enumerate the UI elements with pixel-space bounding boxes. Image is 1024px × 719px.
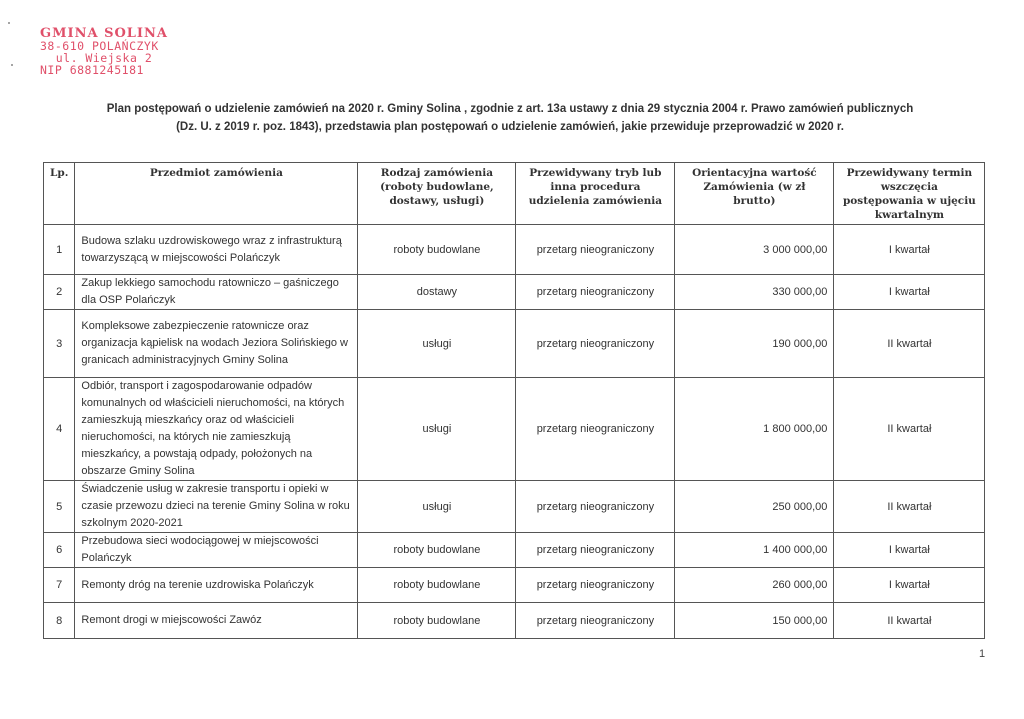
row-value: 1 400 000,00 bbox=[675, 533, 834, 568]
row-mode: przetarg nieograniczony bbox=[516, 481, 675, 533]
document-title: Plan postępowań o udzielenie zamówień na… bbox=[60, 100, 960, 136]
header-value: Orientacyjna wartość Zamówienia (w zł br… bbox=[675, 163, 834, 225]
row-mode: przetarg nieograniczony bbox=[516, 378, 675, 481]
page-number: 1 bbox=[979, 648, 985, 660]
table-row: 6Przebudowa sieci wodociągowej w miejsco… bbox=[44, 533, 985, 568]
scan-speck bbox=[8, 22, 10, 24]
table-row: 3Kompleksowe zabezpieczenie ratownicze o… bbox=[44, 310, 985, 378]
row-term: I kwartał bbox=[834, 225, 985, 275]
row-term: I kwartał bbox=[834, 533, 985, 568]
row-subject: Świadczenie usług w zakresie transportu … bbox=[75, 481, 358, 533]
table-header-row: Lp. Przedmiot zamówienia Rodzaj zamówien… bbox=[44, 163, 985, 225]
row-subject: Kompleksowe zabezpieczenie ratownicze or… bbox=[75, 310, 358, 378]
row-value: 1 800 000,00 bbox=[675, 378, 834, 481]
row-lp: 1 bbox=[44, 225, 75, 275]
row-term: I kwartał bbox=[834, 568, 985, 603]
row-term: II kwartał bbox=[834, 603, 985, 639]
header-mode: Przewidywany tryb lub inna procedura udz… bbox=[516, 163, 675, 225]
row-subject: Zakup lekkiego samochodu ratowniczo – ga… bbox=[75, 275, 358, 310]
header-term: Przewidywany termin wszczęcia postępowan… bbox=[834, 163, 985, 225]
row-subject: Remonty dróg na terenie uzdrowiska Polań… bbox=[75, 568, 358, 603]
row-value: 330 000,00 bbox=[675, 275, 834, 310]
row-subject: Budowa szlaku uzdrowiskowego wraz z infr… bbox=[75, 225, 358, 275]
row-mode: przetarg nieograniczony bbox=[516, 568, 675, 603]
row-lp: 4 bbox=[44, 378, 75, 481]
row-lp: 6 bbox=[44, 533, 75, 568]
row-term: II kwartał bbox=[834, 481, 985, 533]
table-row: 1Budowa szlaku uzdrowiskowego wraz z inf… bbox=[44, 225, 985, 275]
title-line-2: (Dz. U. z 2019 r. poz. 1843), przedstawi… bbox=[60, 118, 960, 136]
row-mode: przetarg nieograniczony bbox=[516, 603, 675, 639]
title-line-1: Plan postępowań o udzielenie zamówień na… bbox=[60, 100, 960, 118]
row-subject: Remont drogi w miejscowości Zawóz bbox=[75, 603, 358, 639]
row-lp: 8 bbox=[44, 603, 75, 639]
row-lp: 3 bbox=[44, 310, 75, 378]
row-term: II kwartał bbox=[834, 378, 985, 481]
row-type: roboty budowlane bbox=[358, 225, 516, 275]
row-mode: przetarg nieograniczony bbox=[516, 310, 675, 378]
row-value: 3 000 000,00 bbox=[675, 225, 834, 275]
row-type: roboty budowlane bbox=[358, 533, 516, 568]
row-type: usługi bbox=[358, 481, 516, 533]
row-type: usługi bbox=[358, 378, 516, 481]
row-mode: przetarg nieograniczony bbox=[516, 275, 675, 310]
header-type: Rodzaj zamówienia (roboty budowlane, dos… bbox=[358, 163, 516, 225]
municipality-stamp: GMINA SOLINA 38-610 POLAŃCZYK ul. Wiejsk… bbox=[40, 28, 168, 76]
row-type: roboty budowlane bbox=[358, 568, 516, 603]
row-mode: przetarg nieograniczony bbox=[516, 533, 675, 568]
table-row: 7Remonty dróg na terenie uzdrowiska Pola… bbox=[44, 568, 985, 603]
row-term: I kwartał bbox=[834, 275, 985, 310]
table-row: 8Remont drogi w miejscowości Zawózroboty… bbox=[44, 603, 985, 639]
row-value: 190 000,00 bbox=[675, 310, 834, 378]
header-lp: Lp. bbox=[44, 163, 75, 225]
row-value: 150 000,00 bbox=[675, 603, 834, 639]
row-type: roboty budowlane bbox=[358, 603, 516, 639]
row-lp: 2 bbox=[44, 275, 75, 310]
row-subject: Przebudowa sieci wodociągowej w miejscow… bbox=[75, 533, 358, 568]
row-mode: przetarg nieograniczony bbox=[516, 225, 675, 275]
row-lp: 5 bbox=[44, 481, 75, 533]
table-row: 4Odbiór, transport i zagospodarowanie od… bbox=[44, 378, 985, 481]
row-value: 260 000,00 bbox=[675, 568, 834, 603]
row-value: 250 000,00 bbox=[675, 481, 834, 533]
row-lp: 7 bbox=[44, 568, 75, 603]
scan-speck bbox=[11, 64, 13, 66]
table-row: 2Zakup lekkiego samochodu ratowniczo – g… bbox=[44, 275, 985, 310]
stamp-nip: NIP 6881245181 bbox=[40, 64, 168, 76]
table-row: 5Świadczenie usług w zakresie transportu… bbox=[44, 481, 985, 533]
row-type: dostawy bbox=[358, 275, 516, 310]
row-type: usługi bbox=[358, 310, 516, 378]
procurement-plan-table: Lp. Przedmiot zamówienia Rodzaj zamówien… bbox=[43, 162, 985, 639]
row-subject: Odbiór, transport i zagospodarowanie odp… bbox=[75, 378, 358, 481]
row-term: II kwartał bbox=[834, 310, 985, 378]
header-subject: Przedmiot zamówienia bbox=[75, 163, 358, 225]
